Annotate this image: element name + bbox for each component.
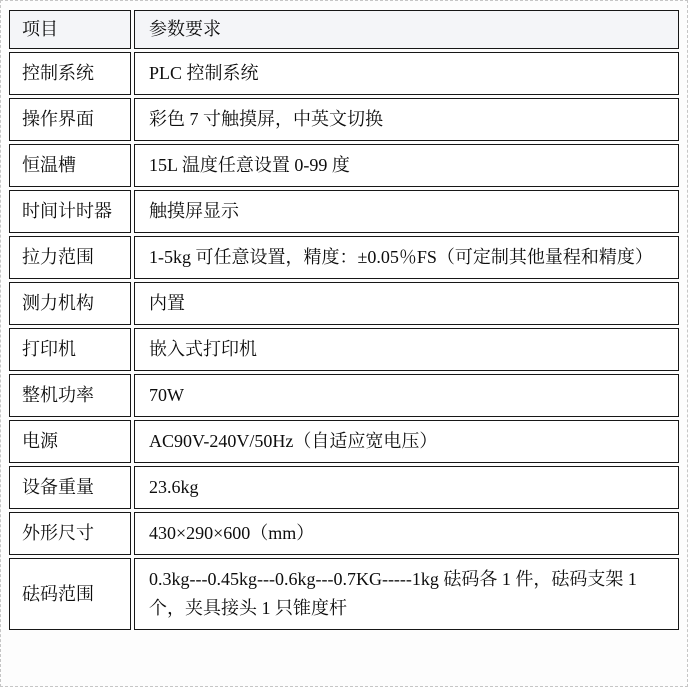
spec-item-label: 测力机构	[9, 282, 131, 325]
spec-item-value: 触摸屏显示	[134, 190, 679, 233]
table-row: 砝码范围 0.3kg---0.45kg---0.6kg---0.7KG-----…	[9, 558, 679, 630]
spec-item-label: 砝码范围	[9, 558, 131, 630]
table-row: 控制系统 PLC 控制系统	[9, 52, 679, 95]
table-row: 电源 AC90V-240V/50Hz（自适应宽电压）	[9, 420, 679, 463]
spec-item-value: PLC 控制系统	[134, 52, 679, 95]
spec-item-label: 打印机	[9, 328, 131, 371]
spec-table-body: 控制系统 PLC 控制系统 操作界面 彩色 7 寸触摸屏，中英文切换 恒温槽 1…	[9, 52, 679, 630]
table-row: 操作界面 彩色 7 寸触摸屏，中英文切换	[9, 98, 679, 141]
column-header-params: 参数要求	[134, 10, 679, 49]
table-row: 设备重量 23.6kg	[9, 466, 679, 509]
spec-item-label: 时间计时器	[9, 190, 131, 233]
header-row: 项目 参数要求	[9, 10, 679, 49]
spec-item-value: 0.3kg---0.45kg---0.6kg---0.7KG-----1kg 砝…	[134, 558, 679, 630]
spec-item-label: 拉力范围	[9, 236, 131, 279]
spec-table: 项目 参数要求 控制系统 PLC 控制系统 操作界面 彩色 7 寸触摸屏，中英文…	[6, 7, 682, 633]
spec-item-value: 430×290×600（mm）	[134, 512, 679, 555]
spec-item-label: 操作界面	[9, 98, 131, 141]
spec-item-value: 嵌入式打印机	[134, 328, 679, 371]
spec-item-label: 外形尺寸	[9, 512, 131, 555]
table-row: 打印机 嵌入式打印机	[9, 328, 679, 371]
document-page: 项目 参数要求 控制系统 PLC 控制系统 操作界面 彩色 7 寸触摸屏，中英文…	[0, 0, 688, 687]
spec-item-value: 70W	[134, 374, 679, 417]
spec-item-value: 彩色 7 寸触摸屏，中英文切换	[134, 98, 679, 141]
spec-item-value: 23.6kg	[134, 466, 679, 509]
spec-item-value: AC90V-240V/50Hz（自适应宽电压）	[134, 420, 679, 463]
spec-item-value: 15L 温度任意设置 0-99 度	[134, 144, 679, 187]
spec-item-value: 内置	[134, 282, 679, 325]
table-row: 测力机构 内置	[9, 282, 679, 325]
spec-item-label: 电源	[9, 420, 131, 463]
spec-item-label: 整机功率	[9, 374, 131, 417]
column-header-item: 项目	[9, 10, 131, 49]
table-row: 整机功率 70W	[9, 374, 679, 417]
spec-item-label: 设备重量	[9, 466, 131, 509]
table-row: 时间计时器 触摸屏显示	[9, 190, 679, 233]
table-row: 拉力范围 1-5kg 可任意设置，精度：±0.05％FS（可定制其他量程和精度）	[9, 236, 679, 279]
page: { "page": { "background": "#fdfdfd", "ed…	[0, 0, 688, 687]
spec-item-label: 控制系统	[9, 52, 131, 95]
table-row: 恒温槽 15L 温度任意设置 0-99 度	[9, 144, 679, 187]
spec-item-value: 1-5kg 可任意设置，精度：±0.05％FS（可定制其他量程和精度）	[134, 236, 679, 279]
table-row: 外形尺寸 430×290×600（mm）	[9, 512, 679, 555]
spec-item-label: 恒温槽	[9, 144, 131, 187]
